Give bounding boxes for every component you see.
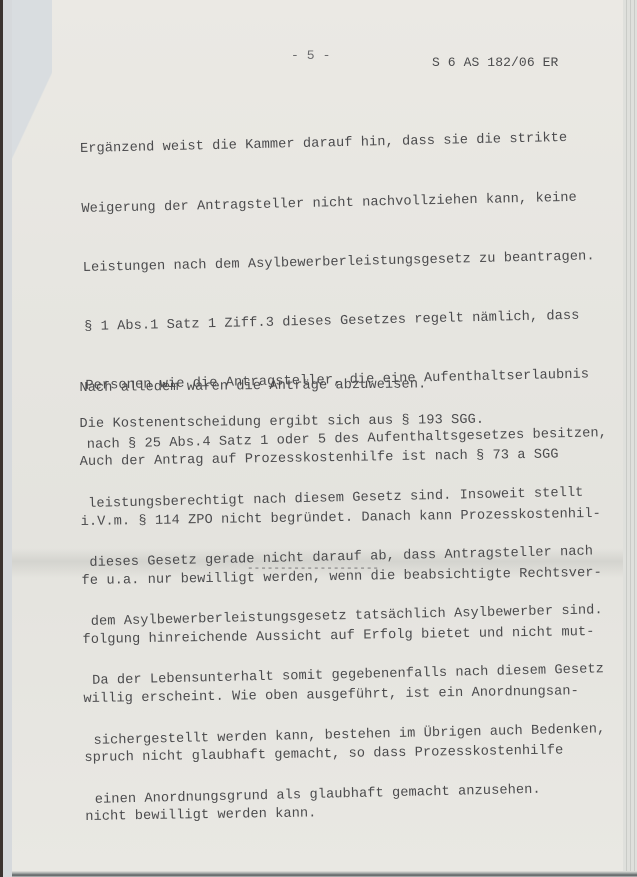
end-separator: -------------------- [247,560,379,580]
file-reference: S 6 AS 182/06 ER [432,53,558,73]
stacked-page-edges [623,0,637,877]
paragraph-legal-aid: Auch der Antrag auf Prozesskostenhilfe i… [79,406,606,848]
text-line: Ergänzend weist die Kammer darauf hin, d… [80,129,601,161]
text-line: Auch der Antrag auf Prozesskostenhilfe i… [80,445,600,473]
page-bottom-edge [12,871,637,877]
page-number: - 5 - [291,46,331,66]
paper-fold [12,0,52,200]
text-line: Weigerung der Antragsteller nicht nachvo… [81,188,602,220]
text-line: § 1 Abs.1 Satz 1 Ziff.3 dieses Gesetzes … [84,306,605,338]
text-line: nicht bewilligt werden kann. [85,800,605,828]
text-line: willig erscheint. Wie oben ausgeführt, i… [83,682,603,710]
text-line: folgung hinreichende Aussicht auf Erfolg… [82,623,602,651]
text-line: Leistungen nach dem Asylbewerberleistung… [83,247,604,279]
text-line: spruch nicht glaubhaft gemacht, so dass … [84,741,604,769]
text-line: i.V.m. § 114 ZPO nicht begründet. Danach… [81,504,601,532]
